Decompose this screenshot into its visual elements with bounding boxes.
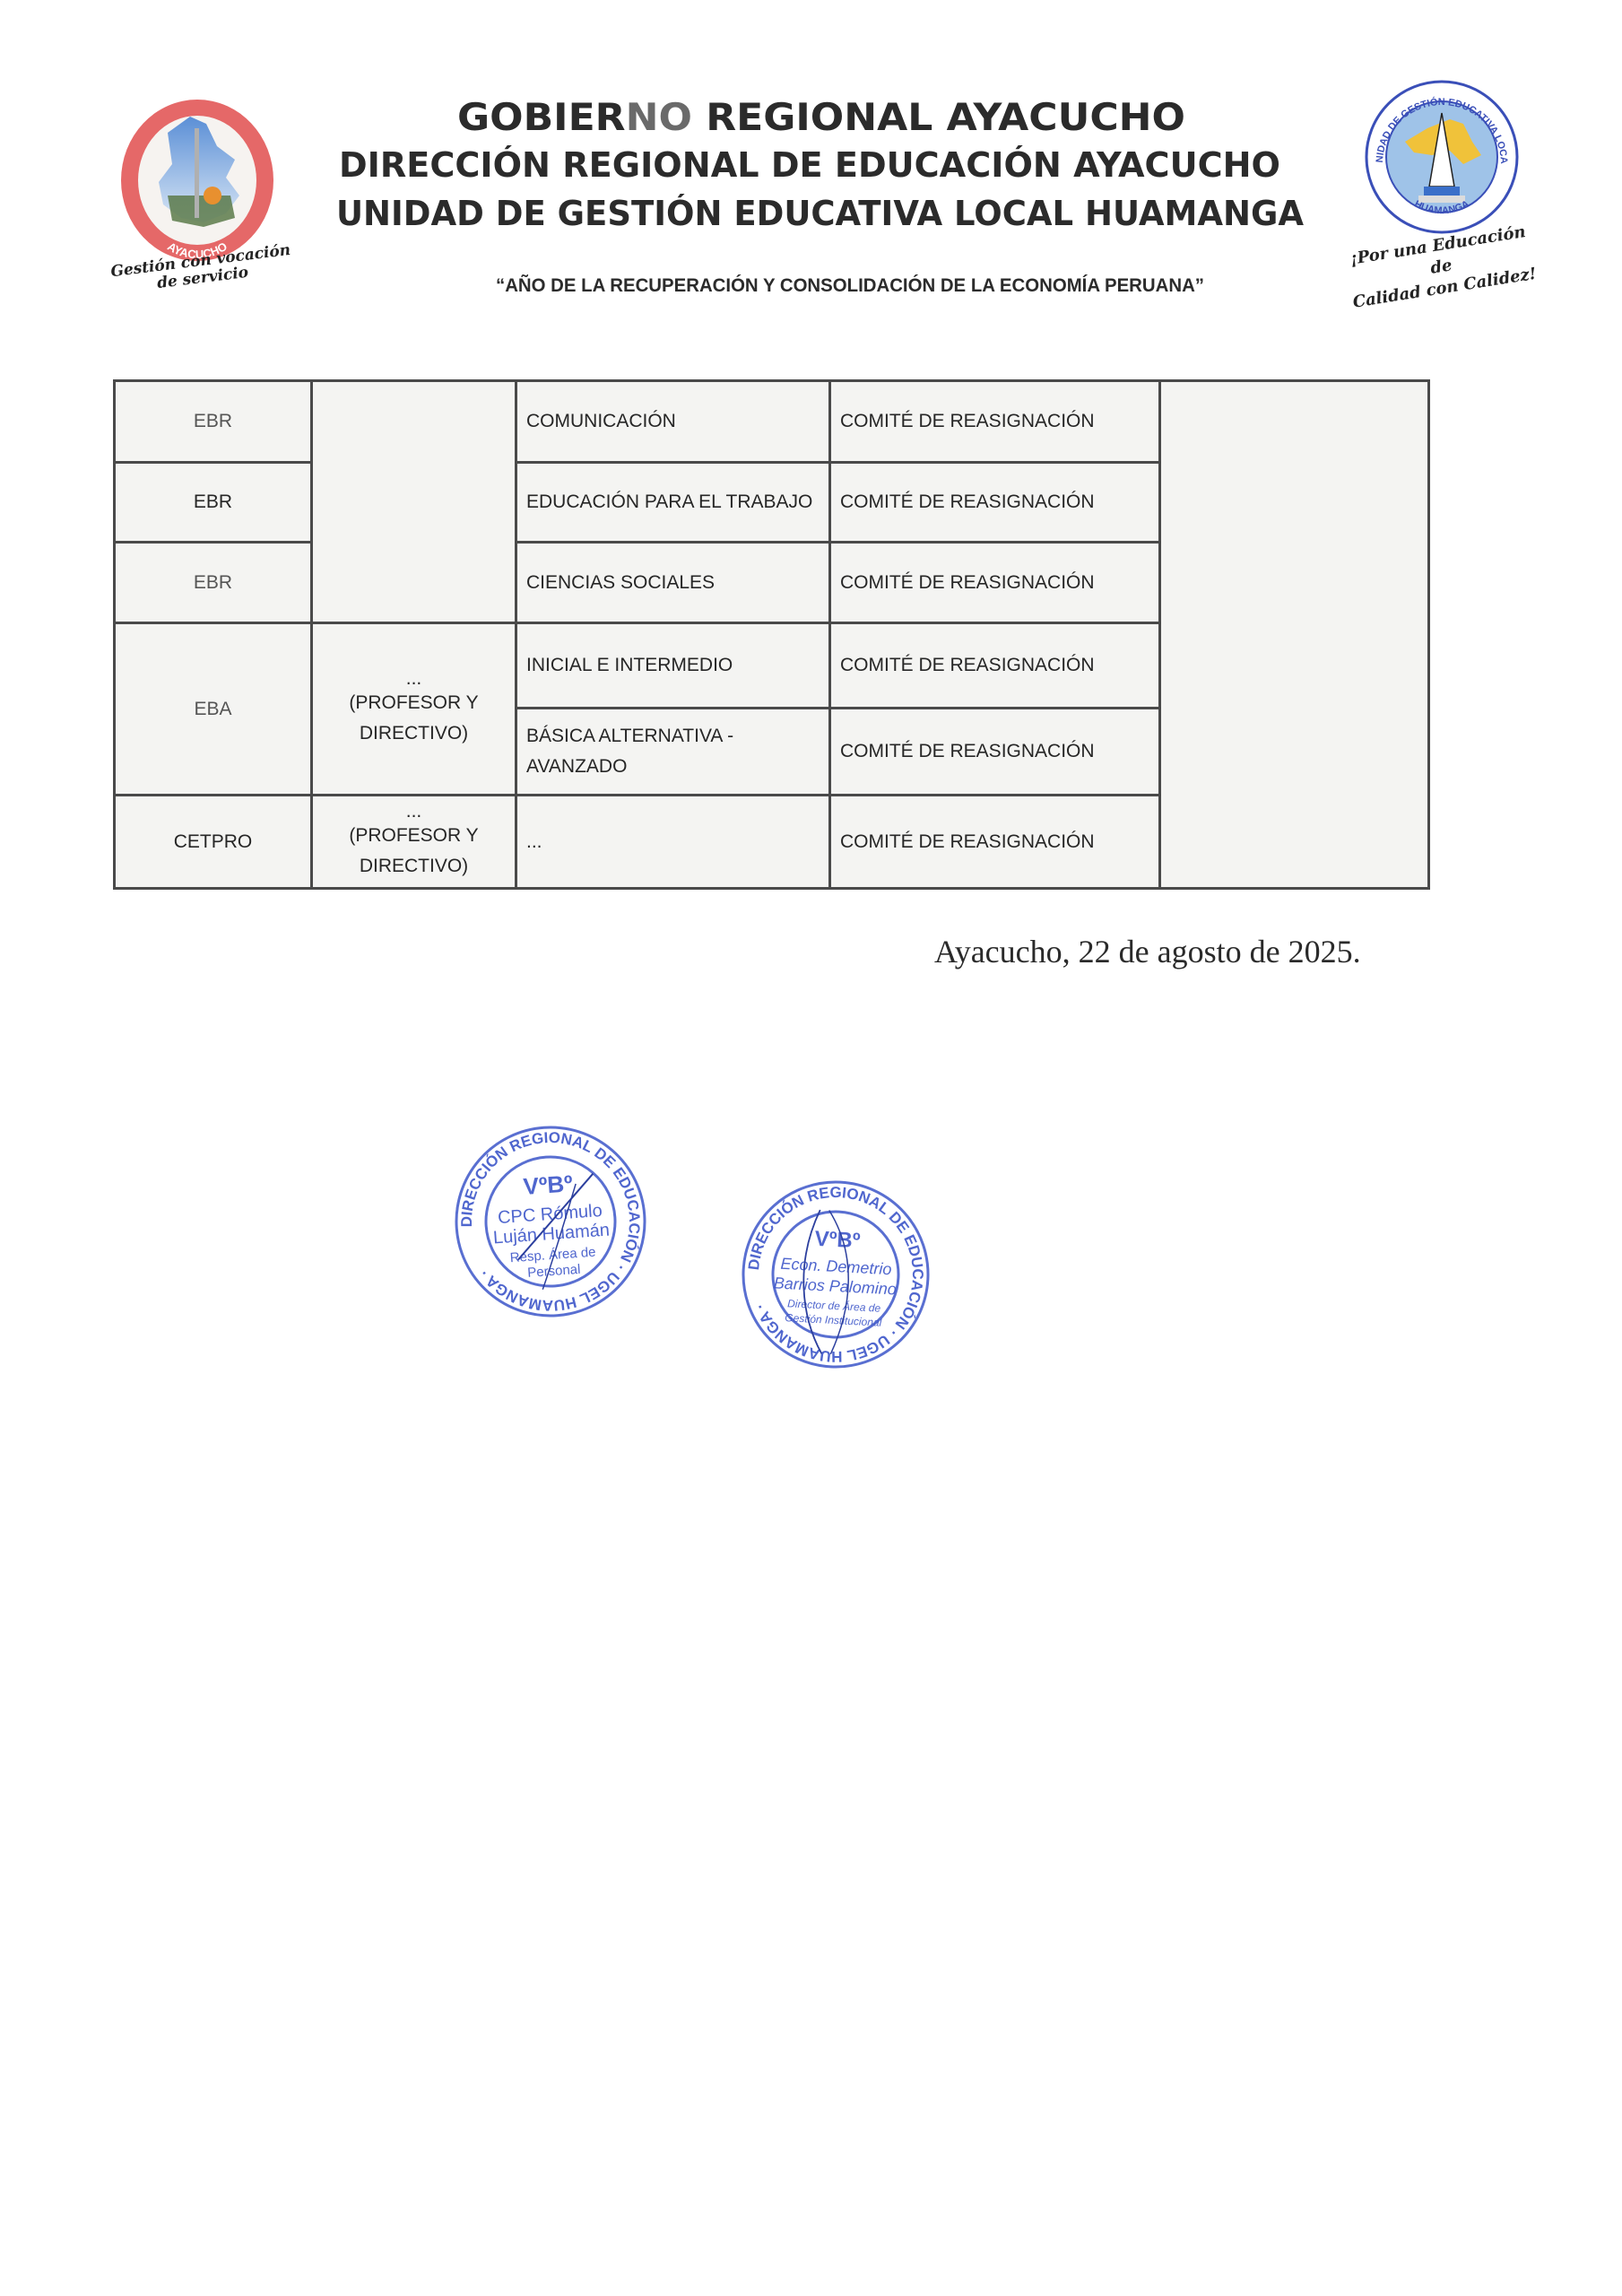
cargo-line: (PROFESOR Y (322, 821, 506, 851)
area-cell: BÁSICA ALTERNATIVA - AVANZADO (516, 709, 830, 796)
area-cell: CIENCIAS SOCIALES (516, 543, 830, 623)
cargo-cell: ... (PROFESOR Y DIRECTIVO) (312, 796, 516, 889)
modalidad-cell: CETPRO (115, 796, 312, 889)
date-place-line: Ayacucho, 22 de agosto de 2025. (934, 933, 1361, 970)
modalidad-cell: EBR (115, 543, 312, 623)
svg-text:GOBIERNO REGIONAL: GOBIERNO REGIONAL (118, 97, 247, 100)
cargo-line: ... (322, 670, 506, 688)
svg-text:VºBº: VºBº (523, 1170, 575, 1200)
svg-text:VºBº: VºBº (814, 1227, 861, 1254)
cargo-line: DIRECTIVO) (322, 718, 506, 749)
gobierno-regional-logo: GOBIERNO REGIONAL AYACUCHO (118, 97, 276, 264)
svg-text:Personal: Personal (527, 1262, 581, 1281)
ugel-huamanga-logo: UNIDAD DE GESTIÓN EDUCATIVA LOCAL HUAMAN… (1365, 79, 1519, 235)
responsable-cell: COMITÉ DE REASIGNACIÓN (830, 709, 1160, 796)
cargo-cell: ... (PROFESOR Y DIRECTIVO) (312, 623, 516, 796)
cargo-cell-empty (312, 381, 516, 623)
approval-stamp-icon: DIRECCIÓN REGIONAL DE EDUCACIÓN · UGEL H… (735, 1170, 935, 1379)
approval-stamp-personal: DIRECCIÓN REGIONAL DE EDUCACIÓN · UGEL H… (447, 1117, 655, 1327)
modalidad-cell: EBR (115, 463, 312, 543)
gobierno-regional-emblem-icon: GOBIERNO REGIONAL AYACUCHO (118, 97, 276, 264)
area-cell: EDUCACIÓN PARA EL TRABAJO (516, 463, 830, 543)
area-cell: INICIAL E INTERMEDIO (516, 623, 830, 709)
cargo-line: DIRECTIVO) (322, 851, 506, 882)
table-row: EBR COMUNICACIÓN COMITÉ DE REASIGNACIÓN (115, 381, 1429, 463)
header-title-line2: DIRECCIÓN REGIONAL DE EDUCACIÓN AYACUCHO (339, 145, 1280, 185)
observaciones-cell-empty (1160, 381, 1429, 889)
modalidad-cell: EBR (115, 381, 312, 463)
area-cell: COMUNICACIÓN (516, 381, 830, 463)
responsable-cell: COMITÉ DE REASIGNACIÓN (830, 623, 1160, 709)
responsable-cell: COMITÉ DE REASIGNACIÓN (830, 796, 1160, 889)
reassignment-table: EBR COMUNICACIÓN COMITÉ DE REASIGNACIÓN … (113, 379, 1430, 890)
approval-stamp-icon: DIRECCIÓN REGIONAL DE EDUCACIÓN · UGEL H… (447, 1117, 655, 1327)
responsable-cell: COMITÉ DE REASIGNACIÓN (830, 543, 1160, 623)
approval-stamp-gestion: DIRECCIÓN REGIONAL DE EDUCACIÓN · UGEL H… (735, 1170, 935, 1379)
area-cell: ... (516, 796, 830, 889)
cargo-line: ... (322, 803, 506, 821)
header-title-line1: GOBIERNO REGIONAL AYACUCHO (457, 95, 1185, 139)
year-motto: “AÑO DE LA RECUPERACIÓN Y CONSOLIDACIÓN … (496, 275, 1204, 297)
responsable-cell: COMITÉ DE REASIGNACIÓN (830, 463, 1160, 543)
modalidad-cell: EBA (115, 623, 312, 796)
cargo-line: (PROFESOR Y (322, 688, 506, 718)
responsable-cell: COMITÉ DE REASIGNACIÓN (830, 381, 1160, 463)
ugel-huamanga-emblem-icon: UNIDAD DE GESTIÓN EDUCATIVA LOCAL HUAMAN… (1365, 79, 1519, 235)
header-title-line3: UNIDAD DE GESTIÓN EDUCATIVA LOCAL HUAMAN… (336, 194, 1304, 233)
